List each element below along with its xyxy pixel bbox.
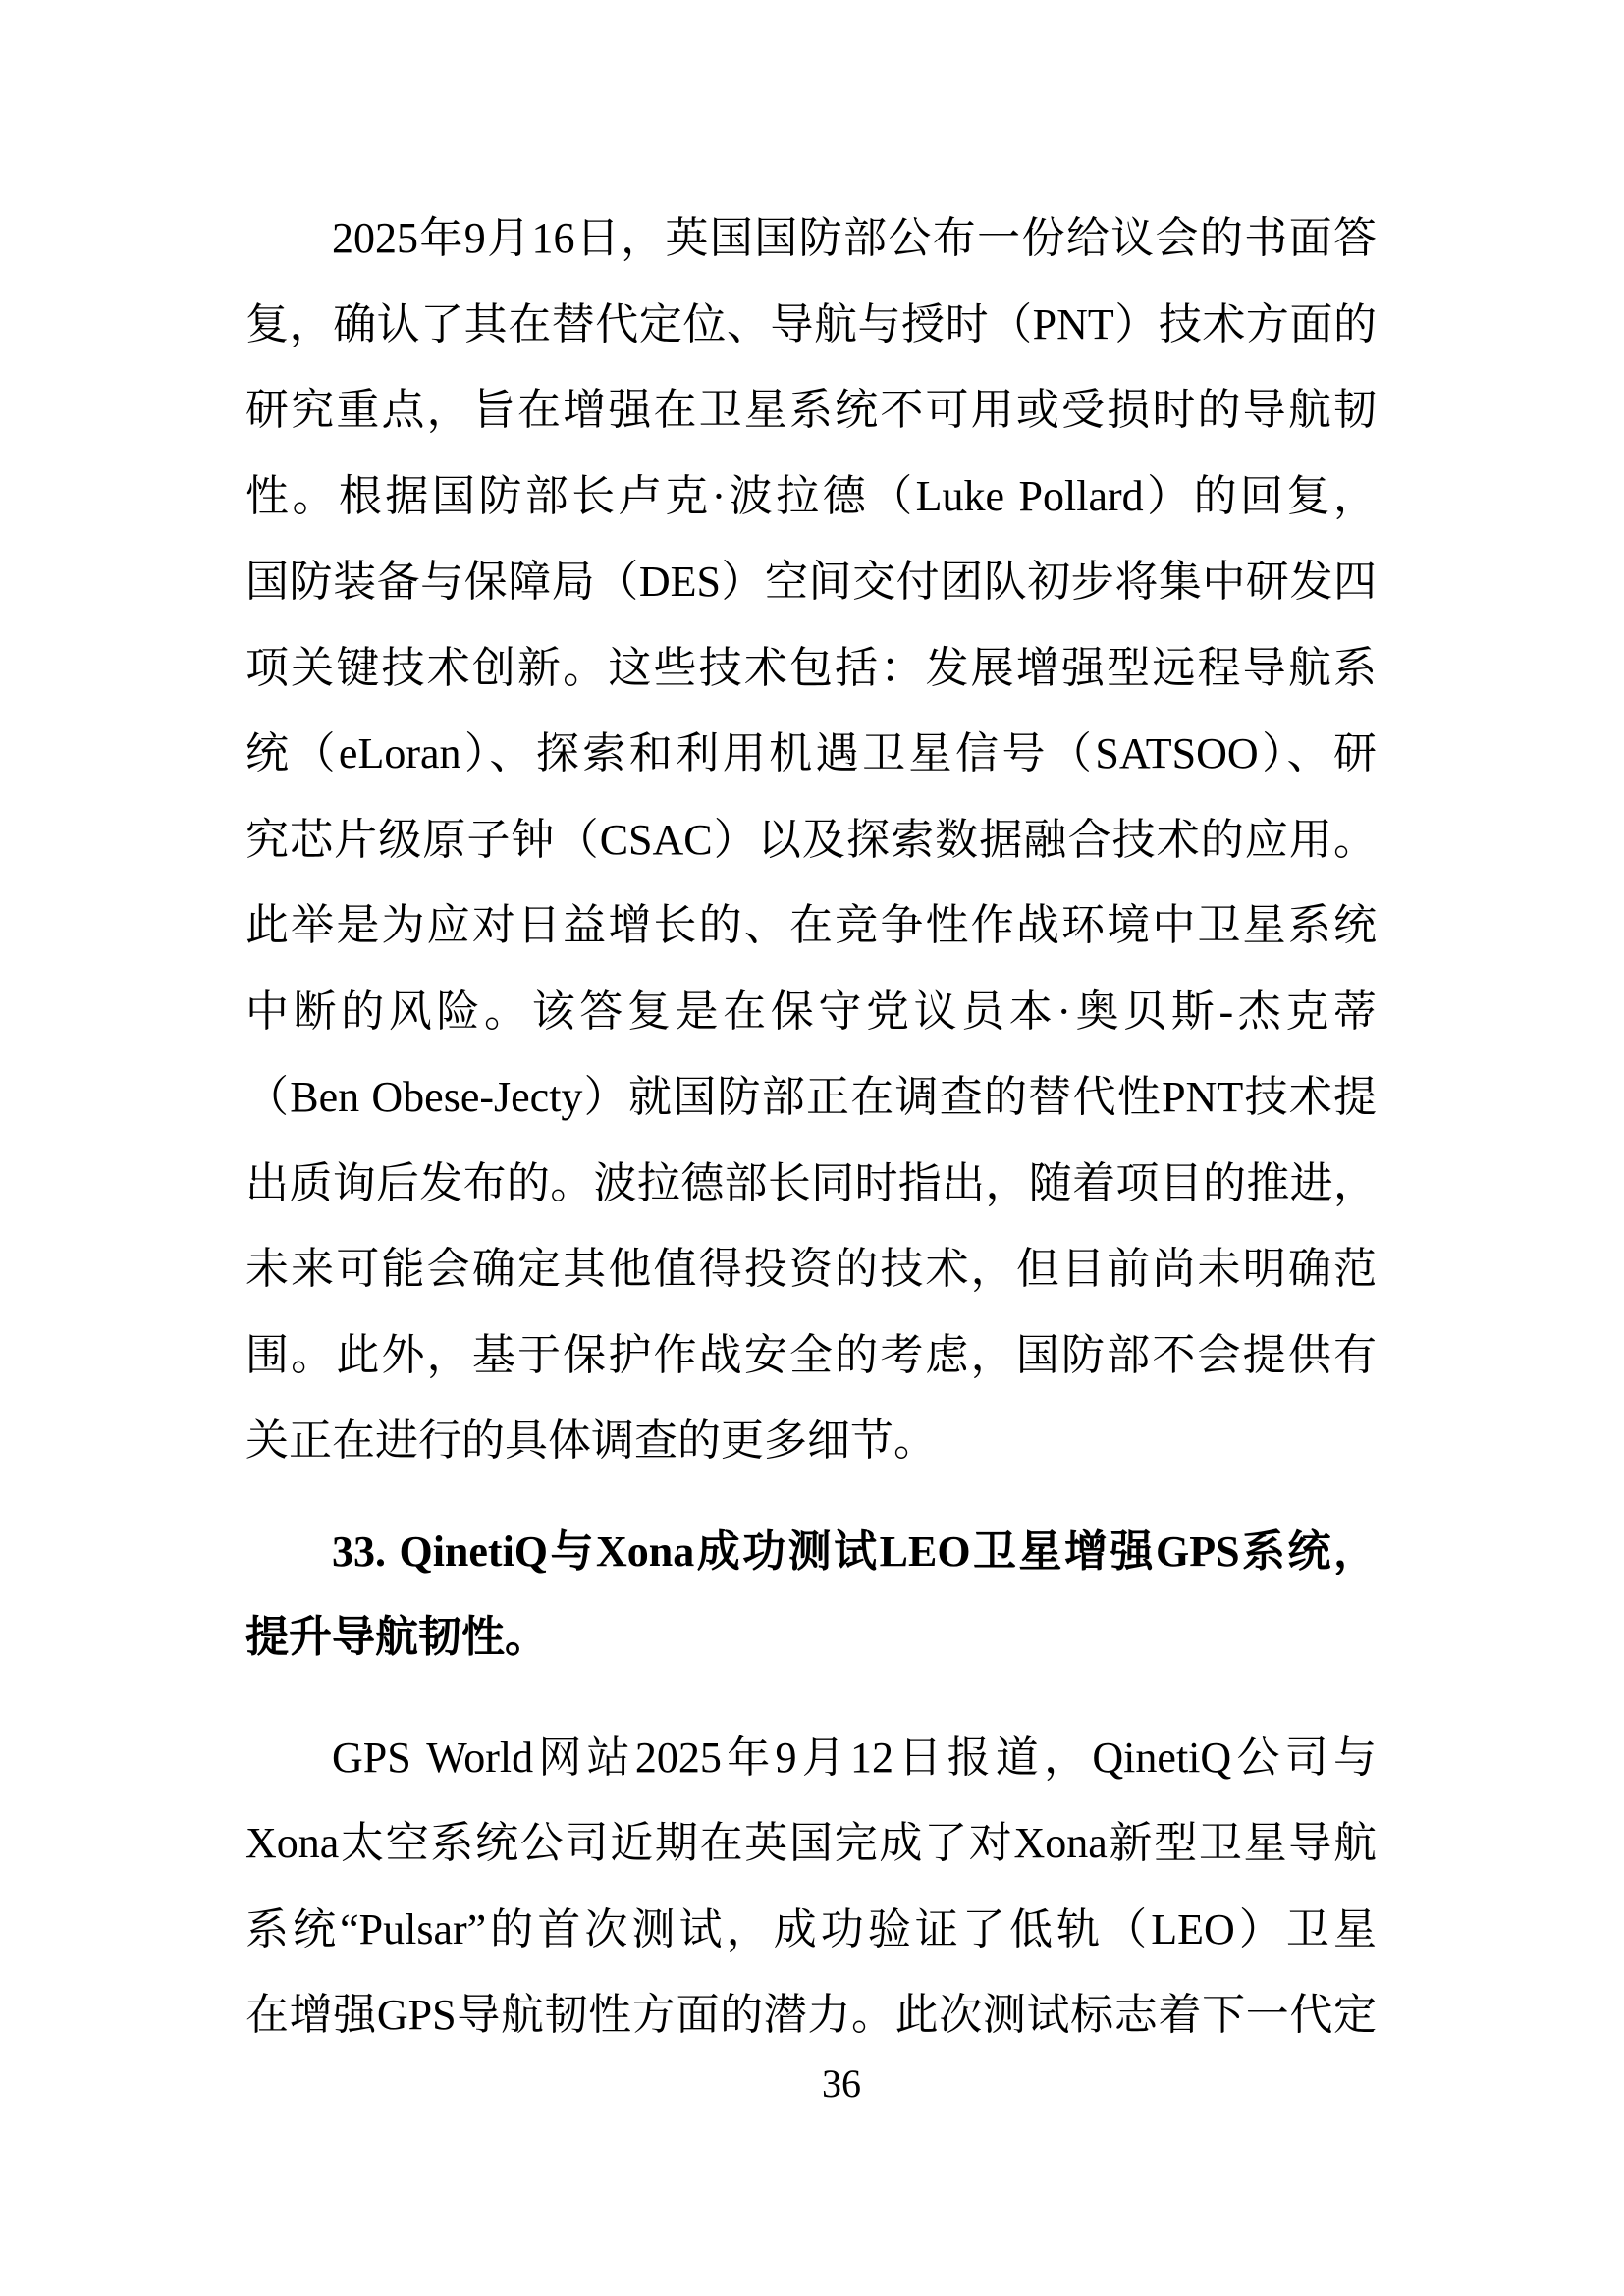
body-line: 国防装备与保障局（DES）空间交付团队初步将集中研发四 (245, 539, 1377, 625)
body-line: 此举是为应对日益增长的、在竞争性作战环境中卫星系统 (245, 882, 1377, 969)
body-line: 2025年9月16日，英国国防部公布一份给议会的书面答 (245, 195, 1377, 282)
body-line: 究芯片级原子钟（CSAC）以及探索数据融合技术的应用。 (245, 797, 1377, 883)
paragraph-qinetiq-xona: GPS World网站2025年9月12日报道，QinetiQ公司与 Xona太… (245, 1715, 1377, 2058)
body-line: 在增强GPS导航韧性方面的潜力。此次测试标志着下一代定 (245, 1972, 1377, 2058)
body-line: GPS World网站2025年9月12日报道，QinetiQ公司与 (245, 1715, 1377, 1801)
body-line: 围。此外，基于保护作战安全的考虑，国防部不会提供有 (245, 1312, 1377, 1399)
body-line: 项关键技术创新。这些技术包括：发展增强型远程导航系 (245, 625, 1377, 712)
body-line: 中断的风险。该答复是在保守党议员本·奥贝斯-杰克蒂 (245, 969, 1377, 1055)
body-line: 复，确认了其在替代定位、导航与授时（PNT）技术方面的 (245, 282, 1377, 368)
body-line: 未来可能会确定其他值得投资的技术，但目前尚未明确范 (245, 1226, 1377, 1312)
body-line: 研究重点，旨在增强在卫星系统不可用或受损时的导航韧 (245, 367, 1377, 454)
section-heading-item-33: 33. QinetiQ与Xona成功测试LEO卫星增强GPS系统， 提升导航韧性… (245, 1509, 1377, 1681)
body-line: 系统“Pulsar”的首次测试，成功验证了低轨（LEO）卫星 (245, 1887, 1377, 1973)
body-line: （Ben Obese-Jecty）就国防部正在调查的替代性PNT技术提 (245, 1054, 1377, 1141)
section-heading-line: 提升导航韧性。 (245, 1594, 1377, 1681)
body-line: 性。根据国防部长卢克·波拉德（Luke Pollard）的回复， (245, 454, 1377, 540)
body-line: 出质询后发布的。波拉德部长同时指出，随着项目的推进， (245, 1141, 1377, 1227)
body-line: 统（eLoran）、探索和利用机遇卫星信号（SATSOO）、研 (245, 711, 1377, 797)
paragraph-uk-mod-pnt: 2025年9月16日，英国国防部公布一份给议会的书面答 复，确认了其在替代定位、… (245, 195, 1377, 1484)
text-block: 2025年9月16日，英国国防部公布一份给议会的书面答 复，确认了其在替代定位、… (245, 195, 1377, 2058)
body-line: 关正在进行的具体调查的更多细节。 (245, 1398, 1377, 1484)
section-heading-line: 33. QinetiQ与Xona成功测试LEO卫星增强GPS系统， (245, 1509, 1377, 1595)
page-number: 36 (0, 2062, 1624, 2106)
body-line: Xona太空系统公司近期在英国完成了对Xona新型卫星导航 (245, 1800, 1377, 1887)
document-page: 2025年9月16日，英国国防部公布一份给议会的书面答 复，确认了其在替代定位、… (0, 0, 1624, 2296)
